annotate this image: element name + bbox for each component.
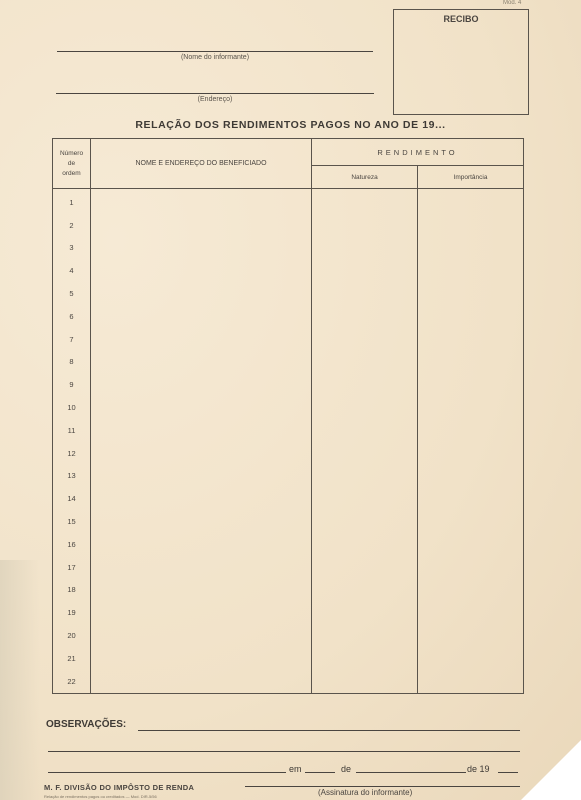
- natureza-cell[interactable]: [312, 442, 418, 465]
- paper-stain: [0, 560, 40, 800]
- importancia-cell[interactable]: [418, 282, 524, 305]
- natureza-cell[interactable]: [312, 510, 418, 533]
- nome-cell[interactable]: [91, 419, 312, 442]
- importancia-cell[interactable]: [418, 670, 524, 693]
- nome-cell[interactable]: [91, 533, 312, 556]
- informante-caption: (Nome do informante): [57, 54, 373, 61]
- observacoes-line-1[interactable]: [138, 730, 520, 731]
- form-title: RELAÇÃO DOS RENDIMENTOS PAGOS NO ANO DE …: [0, 119, 581, 131]
- row-number: 20: [53, 624, 91, 647]
- importancia-cell[interactable]: [418, 328, 524, 351]
- nome-cell[interactable]: [91, 442, 312, 465]
- nome-cell[interactable]: [91, 624, 312, 647]
- nome-cell[interactable]: [91, 328, 312, 351]
- table-row: 20: [53, 624, 524, 647]
- nome-cell[interactable]: [91, 556, 312, 579]
- natureza-cell[interactable]: [312, 328, 418, 351]
- table-row: 22: [53, 670, 524, 693]
- nome-cell[interactable]: [91, 670, 312, 693]
- col-nome-header: NOME E ENDEREÇO DO BENEFICIADO: [91, 139, 312, 189]
- natureza-cell[interactable]: [312, 237, 418, 260]
- nome-cell[interactable]: [91, 579, 312, 602]
- col-rendimento-header: RENDIMENTO: [312, 139, 524, 166]
- table-row: 19: [53, 601, 524, 624]
- nome-cell[interactable]: [91, 259, 312, 282]
- col-numero-line2: de: [53, 159, 90, 169]
- row-number: 6: [53, 305, 91, 328]
- table-row: 10: [53, 396, 524, 419]
- nome-cell[interactable]: [91, 396, 312, 419]
- nome-cell[interactable]: [91, 351, 312, 374]
- de19-label: de 19: [467, 764, 490, 774]
- importancia-cell[interactable]: [418, 533, 524, 556]
- importancia-cell[interactable]: [418, 214, 524, 237]
- rendimentos-table: Número de ordem NOME E ENDEREÇO DO BENEF…: [52, 138, 524, 694]
- natureza-cell[interactable]: [312, 305, 418, 328]
- row-number: 17: [53, 556, 91, 579]
- observacoes-line-2[interactable]: [48, 751, 520, 752]
- nome-cell[interactable]: [91, 465, 312, 488]
- row-number: 11: [53, 419, 91, 442]
- natureza-cell[interactable]: [312, 282, 418, 305]
- fine-print: Relação de rendimentos pagos ou creditad…: [44, 794, 157, 799]
- table-row: 11: [53, 419, 524, 442]
- natureza-cell[interactable]: [312, 670, 418, 693]
- table-row: 16: [53, 533, 524, 556]
- endereco-line[interactable]: [56, 93, 374, 94]
- page-mark: Mod. 4: [503, 0, 521, 6]
- natureza-cell[interactable]: [312, 624, 418, 647]
- nome-cell[interactable]: [91, 282, 312, 305]
- table-row: 6: [53, 305, 524, 328]
- importancia-cell[interactable]: [418, 624, 524, 647]
- col-natureza-header: Natureza: [312, 166, 418, 189]
- natureza-cell[interactable]: [312, 601, 418, 624]
- assinatura-line[interactable]: [245, 786, 520, 787]
- nome-cell[interactable]: [91, 237, 312, 260]
- natureza-cell[interactable]: [312, 556, 418, 579]
- mes-line[interactable]: [356, 772, 466, 773]
- row-number: 2: [53, 214, 91, 237]
- recibo-box: RECIBO: [393, 9, 529, 115]
- nome-cell[interactable]: [91, 647, 312, 670]
- importancia-cell[interactable]: [418, 647, 524, 670]
- row-number: 15: [53, 510, 91, 533]
- table-row: 17: [53, 556, 524, 579]
- row-number: 3: [53, 237, 91, 260]
- natureza-cell[interactable]: [312, 579, 418, 602]
- assinatura-caption: (Assinatura do informante): [318, 788, 412, 797]
- col-importancia-header: Importância: [418, 166, 524, 189]
- importancia-cell[interactable]: [418, 442, 524, 465]
- natureza-cell[interactable]: [312, 373, 418, 396]
- col-numero-line1: Número: [53, 149, 90, 159]
- table-row: 8: [53, 351, 524, 374]
- em-label: em: [289, 764, 302, 774]
- importancia-cell[interactable]: [418, 419, 524, 442]
- natureza-cell[interactable]: [312, 533, 418, 556]
- row-number: 9: [53, 373, 91, 396]
- informante-line[interactable]: [57, 51, 373, 52]
- row-number: 1: [53, 189, 91, 214]
- nome-cell[interactable]: [91, 214, 312, 237]
- importancia-cell[interactable]: [418, 510, 524, 533]
- importancia-cell[interactable]: [418, 579, 524, 602]
- table-row: 3: [53, 237, 524, 260]
- table-row: 21: [53, 647, 524, 670]
- table-row: 4: [53, 259, 524, 282]
- row-number: 22: [53, 670, 91, 693]
- table-row: 9: [53, 373, 524, 396]
- ano-line[interactable]: [498, 772, 518, 773]
- natureza-cell[interactable]: [312, 259, 418, 282]
- local-line[interactable]: [48, 772, 286, 773]
- table-row: 13: [53, 465, 524, 488]
- table-row: 2: [53, 214, 524, 237]
- row-number: 8: [53, 351, 91, 374]
- row-number: 14: [53, 487, 91, 510]
- importancia-cell[interactable]: [418, 487, 524, 510]
- de-label: de: [341, 764, 351, 774]
- natureza-cell[interactable]: [312, 647, 418, 670]
- table-row: 5: [53, 282, 524, 305]
- row-number: 16: [53, 533, 91, 556]
- natureza-cell[interactable]: [312, 351, 418, 374]
- nome-cell[interactable]: [91, 189, 312, 214]
- row-number: 18: [53, 579, 91, 602]
- table-row: 14: [53, 487, 524, 510]
- importancia-cell[interactable]: [418, 396, 524, 419]
- natureza-cell[interactable]: [312, 465, 418, 488]
- row-number: 5: [53, 282, 91, 305]
- row-number: 10: [53, 396, 91, 419]
- importancia-cell[interactable]: [418, 237, 524, 260]
- importancia-cell[interactable]: [418, 465, 524, 488]
- importancia-cell[interactable]: [418, 351, 524, 374]
- recibo-label: RECIBO: [394, 14, 528, 24]
- endereco-caption: (Endereço): [56, 96, 374, 103]
- importancia-cell[interactable]: [418, 556, 524, 579]
- table-row: 15: [53, 510, 524, 533]
- nome-cell[interactable]: [91, 305, 312, 328]
- natureza-cell[interactable]: [312, 214, 418, 237]
- row-number: 21: [53, 647, 91, 670]
- nome-cell[interactable]: [91, 601, 312, 624]
- table-row: 1: [53, 189, 524, 214]
- natureza-cell[interactable]: [312, 396, 418, 419]
- nome-cell[interactable]: [91, 487, 312, 510]
- importancia-cell[interactable]: [418, 189, 524, 214]
- row-number: 13: [53, 465, 91, 488]
- row-number: 12: [53, 442, 91, 465]
- nome-cell[interactable]: [91, 510, 312, 533]
- nome-cell[interactable]: [91, 373, 312, 396]
- observacoes-label: OBSERVAÇÕES:: [46, 719, 126, 730]
- importancia-cell[interactable]: [418, 305, 524, 328]
- natureza-cell[interactable]: [312, 189, 418, 214]
- col-numero-line3: ordem: [53, 169, 90, 179]
- table-row: 7: [53, 328, 524, 351]
- row-number: 4: [53, 259, 91, 282]
- division-label: M. F. DIVISÃO DO IMPÔSTO DE RENDA: [44, 783, 194, 792]
- importancia-cell[interactable]: [418, 259, 524, 282]
- importancia-cell[interactable]: [418, 373, 524, 396]
- torn-corner: [521, 740, 581, 800]
- row-number: 19: [53, 601, 91, 624]
- importancia-cell[interactable]: [418, 601, 524, 624]
- natureza-cell[interactable]: [312, 419, 418, 442]
- dia-line[interactable]: [305, 772, 335, 773]
- natureza-cell[interactable]: [312, 487, 418, 510]
- row-number: 7: [53, 328, 91, 351]
- table-row: 12: [53, 442, 524, 465]
- col-numero-header: Número de ordem: [53, 139, 91, 189]
- table-row: 18: [53, 579, 524, 602]
